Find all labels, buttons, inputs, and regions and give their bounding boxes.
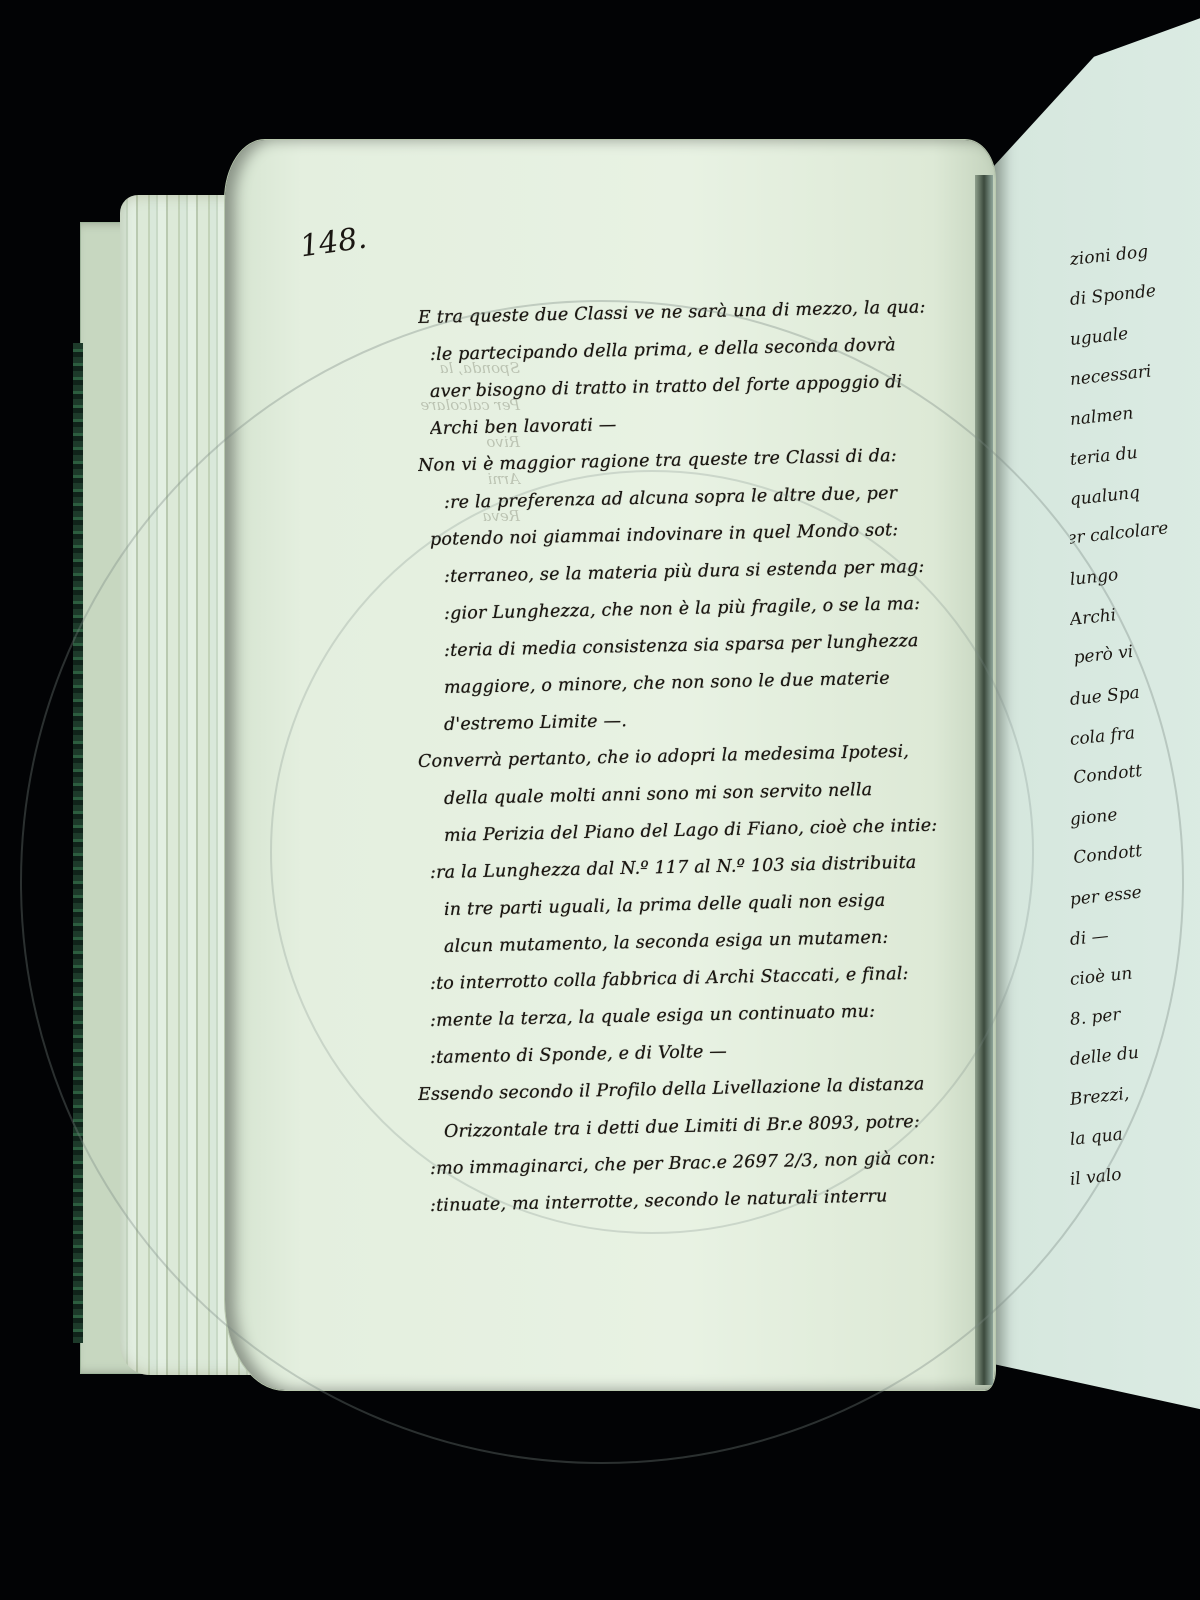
left-page-text: E tra queste due Classi ve ne sarà una d…	[430, 300, 970, 1225]
book-gutter	[975, 175, 993, 1385]
right-page-text: zioni dog di Sponde uguale necessari nal…	[1070, 240, 1200, 1200]
manuscript-photo: Sponda, la Per calcolare Rivo Arni Reva …	[0, 0, 1200, 1600]
